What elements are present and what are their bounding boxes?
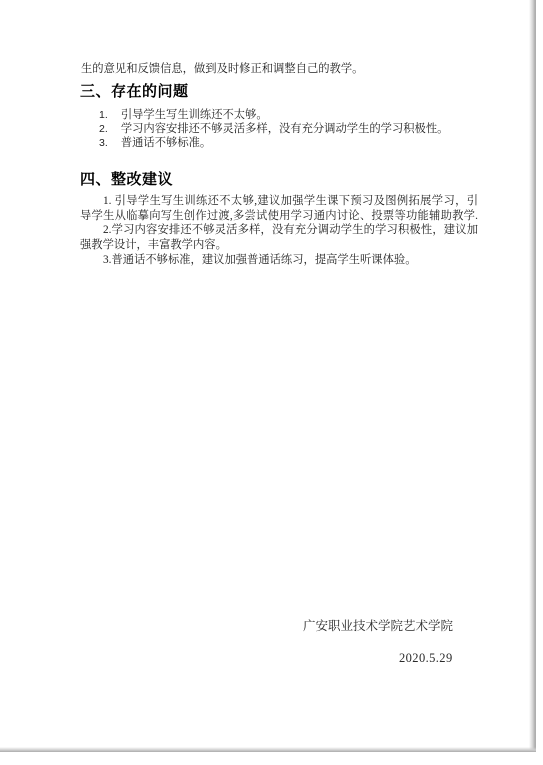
suggestion-para2-line1: 2.学习内容安排还不够灵活多样，没有充分调动学生的学习积极性，建议加 (80, 223, 478, 238)
suggestion-para2-line2: 强教学设计，丰富教学内容。 (80, 238, 478, 253)
paragraph-intro: 生的意见和反馈信息，做到及时修正和调整自己的教学。 (81, 62, 363, 76)
problem-item: 1. 引导学生写生训练还不太够。 (99, 108, 448, 122)
problem-item-marker: 1. (99, 108, 118, 122)
signature-line: 广安职业技术学院艺术学院 (303, 619, 453, 634)
suggestions-paragraphs: 1. 引导学生写生训练还不太够,建议加强学生课下预习及图例拓展学习，引 导学生从… (80, 194, 478, 267)
suggestion-para3-line1: 3.普通话不够标准，建议加强普通话练习，提高学生听课体验。 (80, 253, 478, 268)
section-heading-problems: 三、存在的问题 (80, 82, 189, 101)
page-bottom-edge (0, 747, 536, 752)
problem-item-marker: 3. (99, 136, 118, 150)
problem-item-text: 引导学生写生训练还不太够。 (121, 109, 268, 121)
problem-item-text: 普通话不够标准。 (121, 137, 211, 149)
problem-item-marker: 2. (99, 122, 118, 136)
problem-item: 3. 普通话不够标准。 (99, 136, 448, 150)
section-heading-suggestions: 四、整改建议 (80, 170, 173, 189)
problem-item: 2. 学习内容安排还不够灵活多样，没有充分调动学生的学习积极性。 (99, 122, 448, 136)
problems-list: 1. 引导学生写生训练还不太够。 2. 学习内容安排还不够灵活多样，没有充分调动… (99, 108, 448, 151)
suggestion-para1-line2: 导学生从临摹向写生创作过渡,多尝试使用学习通内讨论、投票等功能辅助教学. (80, 209, 478, 224)
page-right-edge (529, 0, 536, 752)
problem-item-text: 学习内容安排还不够灵活多样，没有充分调动学生的学习积极性。 (121, 123, 449, 135)
date-line: 2020.5.29 (399, 651, 453, 666)
suggestion-para1-line1: 1. 引导学生写生训练还不太够,建议加强学生课下预习及图例拓展学习，引 (80, 194, 478, 209)
document-page: 生的意见和反馈信息，做到及时修正和调整自己的教学。 三、存在的问题 1. 引导学… (0, 0, 536, 752)
